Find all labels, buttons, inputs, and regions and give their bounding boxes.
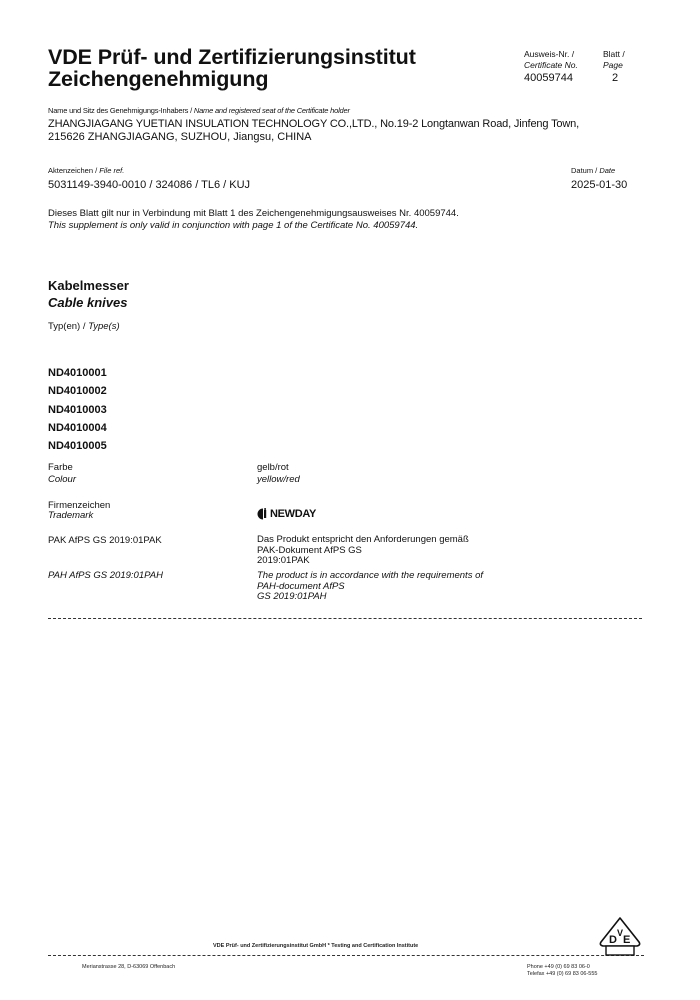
date-label: Datum / Date [571,166,627,175]
file-ref-value: 5031149-3940-0010 / 324086 / TL6 / KUJ [48,179,250,192]
holder-label-de: Name und Sitz des Genehmigungs-Inhabers … [48,106,194,115]
types-label: Typ(en) / Type(s) [48,321,129,333]
pak-label: PAK AfPS GS 2019:01PAK [48,535,162,547]
product-name-en: Cable knives [48,294,129,311]
footer-address: Merianstrasse 28, D-63069 Offenbach [82,964,175,971]
vde-logo: D V E [596,916,644,963]
footer-divider [48,955,644,956]
title-line-1: VDE Prüf- und Zertifizierungsinstitut [48,46,416,68]
holder-label: Name und Sitz des Genehmigungs-Inhabers … [48,106,668,115]
holder-label-en: Name and registered seat of the Certific… [194,106,350,115]
file-ref-label-de: Aktenzeichen / [48,166,99,175]
cert-label-en: Certificate No. [524,60,578,71]
type-item: ND4010004 [48,419,107,437]
file-ref-label: Aktenzeichen / File ref. [48,166,250,175]
cert-number: 40059744 [524,71,578,85]
date-section: Datum / Date 2025-01-30 [571,166,627,192]
trademark-text: NEWDAY [270,508,316,520]
date-label-de: Datum / [571,166,599,175]
colour-label-de: Farbe [48,462,76,474]
holder-address-line-2: 215626 ZHANGJIAGANG, SUZHOU, Jiangsu, CH… [48,131,668,144]
colour-value: gelb/rot yellow/red [257,462,300,486]
footer-institute: VDE Prüf- und Zertifizierungsinstitut Gm… [213,943,418,950]
holder-address-line-1: ZHANGJIAGANG YUETIAN INSULATION TECHNOLO… [48,118,668,131]
page-number-block: Blatt / Page 2 [603,49,625,85]
types-label-de: Typ(en) / [48,321,88,332]
colour-label-en: Colour [48,474,76,486]
type-item: ND4010005 [48,437,107,455]
newday-logo-icon [257,508,269,520]
type-item: ND4010001 [48,364,107,382]
pak-description: Das Produkt entspricht den Anforderungen… [257,535,469,567]
pah-line-1: The product is in accordance with the re… [257,571,483,582]
page-label-en: Page [603,60,625,71]
vde-mark-icon: D V E [596,916,644,958]
footer-telefax: Telefax +49 (0) 69 83 06-555 [527,971,597,978]
product-section: Kabelmesser Cable knives Typ(en) / Type(… [48,277,129,333]
date-label-en: Date [599,166,615,175]
type-item: ND4010002 [48,382,107,400]
footer-phone: Phone +49 (0) 69 83 06-0 [527,964,597,971]
types-list: ND4010001 ND4010002 ND4010003 ND4010004 … [48,364,107,455]
title-line-2: Zeichengenehmigung [48,68,416,90]
type-item: ND4010003 [48,401,107,419]
certificate-number-block: Ausweis-Nr. / Certificate No. 40059744 [524,49,578,85]
pah-line-3: GS 2019:01PAH [257,592,483,603]
supplement-note: Dieses Blatt gilt nur in Verbindung mit … [48,208,459,232]
pah-label: PAH AfPS GS 2019:01PAH [48,570,163,582]
pah-description: The product is in accordance with the re… [257,571,483,603]
trademark-label: Firmenzeichen Trademark [48,501,110,521]
supplement-de: Dieses Blatt gilt nur in Verbindung mit … [48,208,459,220]
svg-text:E: E [623,934,630,946]
pak-line-1: Das Produkt entspricht den Anforderungen… [257,535,469,546]
holder-section: Name und Sitz des Genehmigungs-Inhabers … [48,106,668,144]
content-end-divider [48,618,642,619]
page-label-de: Blatt / [603,49,625,60]
page-number: 2 [603,71,625,85]
file-ref-section: Aktenzeichen / File ref. 5031149-3940-00… [48,166,250,192]
product-name-de: Kabelmesser [48,277,129,294]
trademark-label-en: Trademark [48,511,110,521]
supplement-en: This supplement is only valid in conjunc… [48,220,459,232]
svg-text:D: D [609,934,617,946]
colour-value-en: yellow/red [257,474,300,486]
trademark-logo: NEWDAY [257,508,316,520]
colour-value-de: gelb/rot [257,462,300,474]
types-label-en: Type(s) [88,321,120,332]
colour-label: Farbe Colour [48,462,76,486]
pak-line-3: 2019:01PAK [257,556,469,567]
file-ref-label-en: File ref. [99,166,124,175]
date-value: 2025-01-30 [571,179,627,192]
document-title: VDE Prüf- und Zertifizierungsinstitut Ze… [48,46,416,90]
cert-label-de: Ausweis-Nr. / [524,49,578,60]
footer-contact: Phone +49 (0) 69 83 06-0 Telefax +49 (0)… [527,964,597,978]
